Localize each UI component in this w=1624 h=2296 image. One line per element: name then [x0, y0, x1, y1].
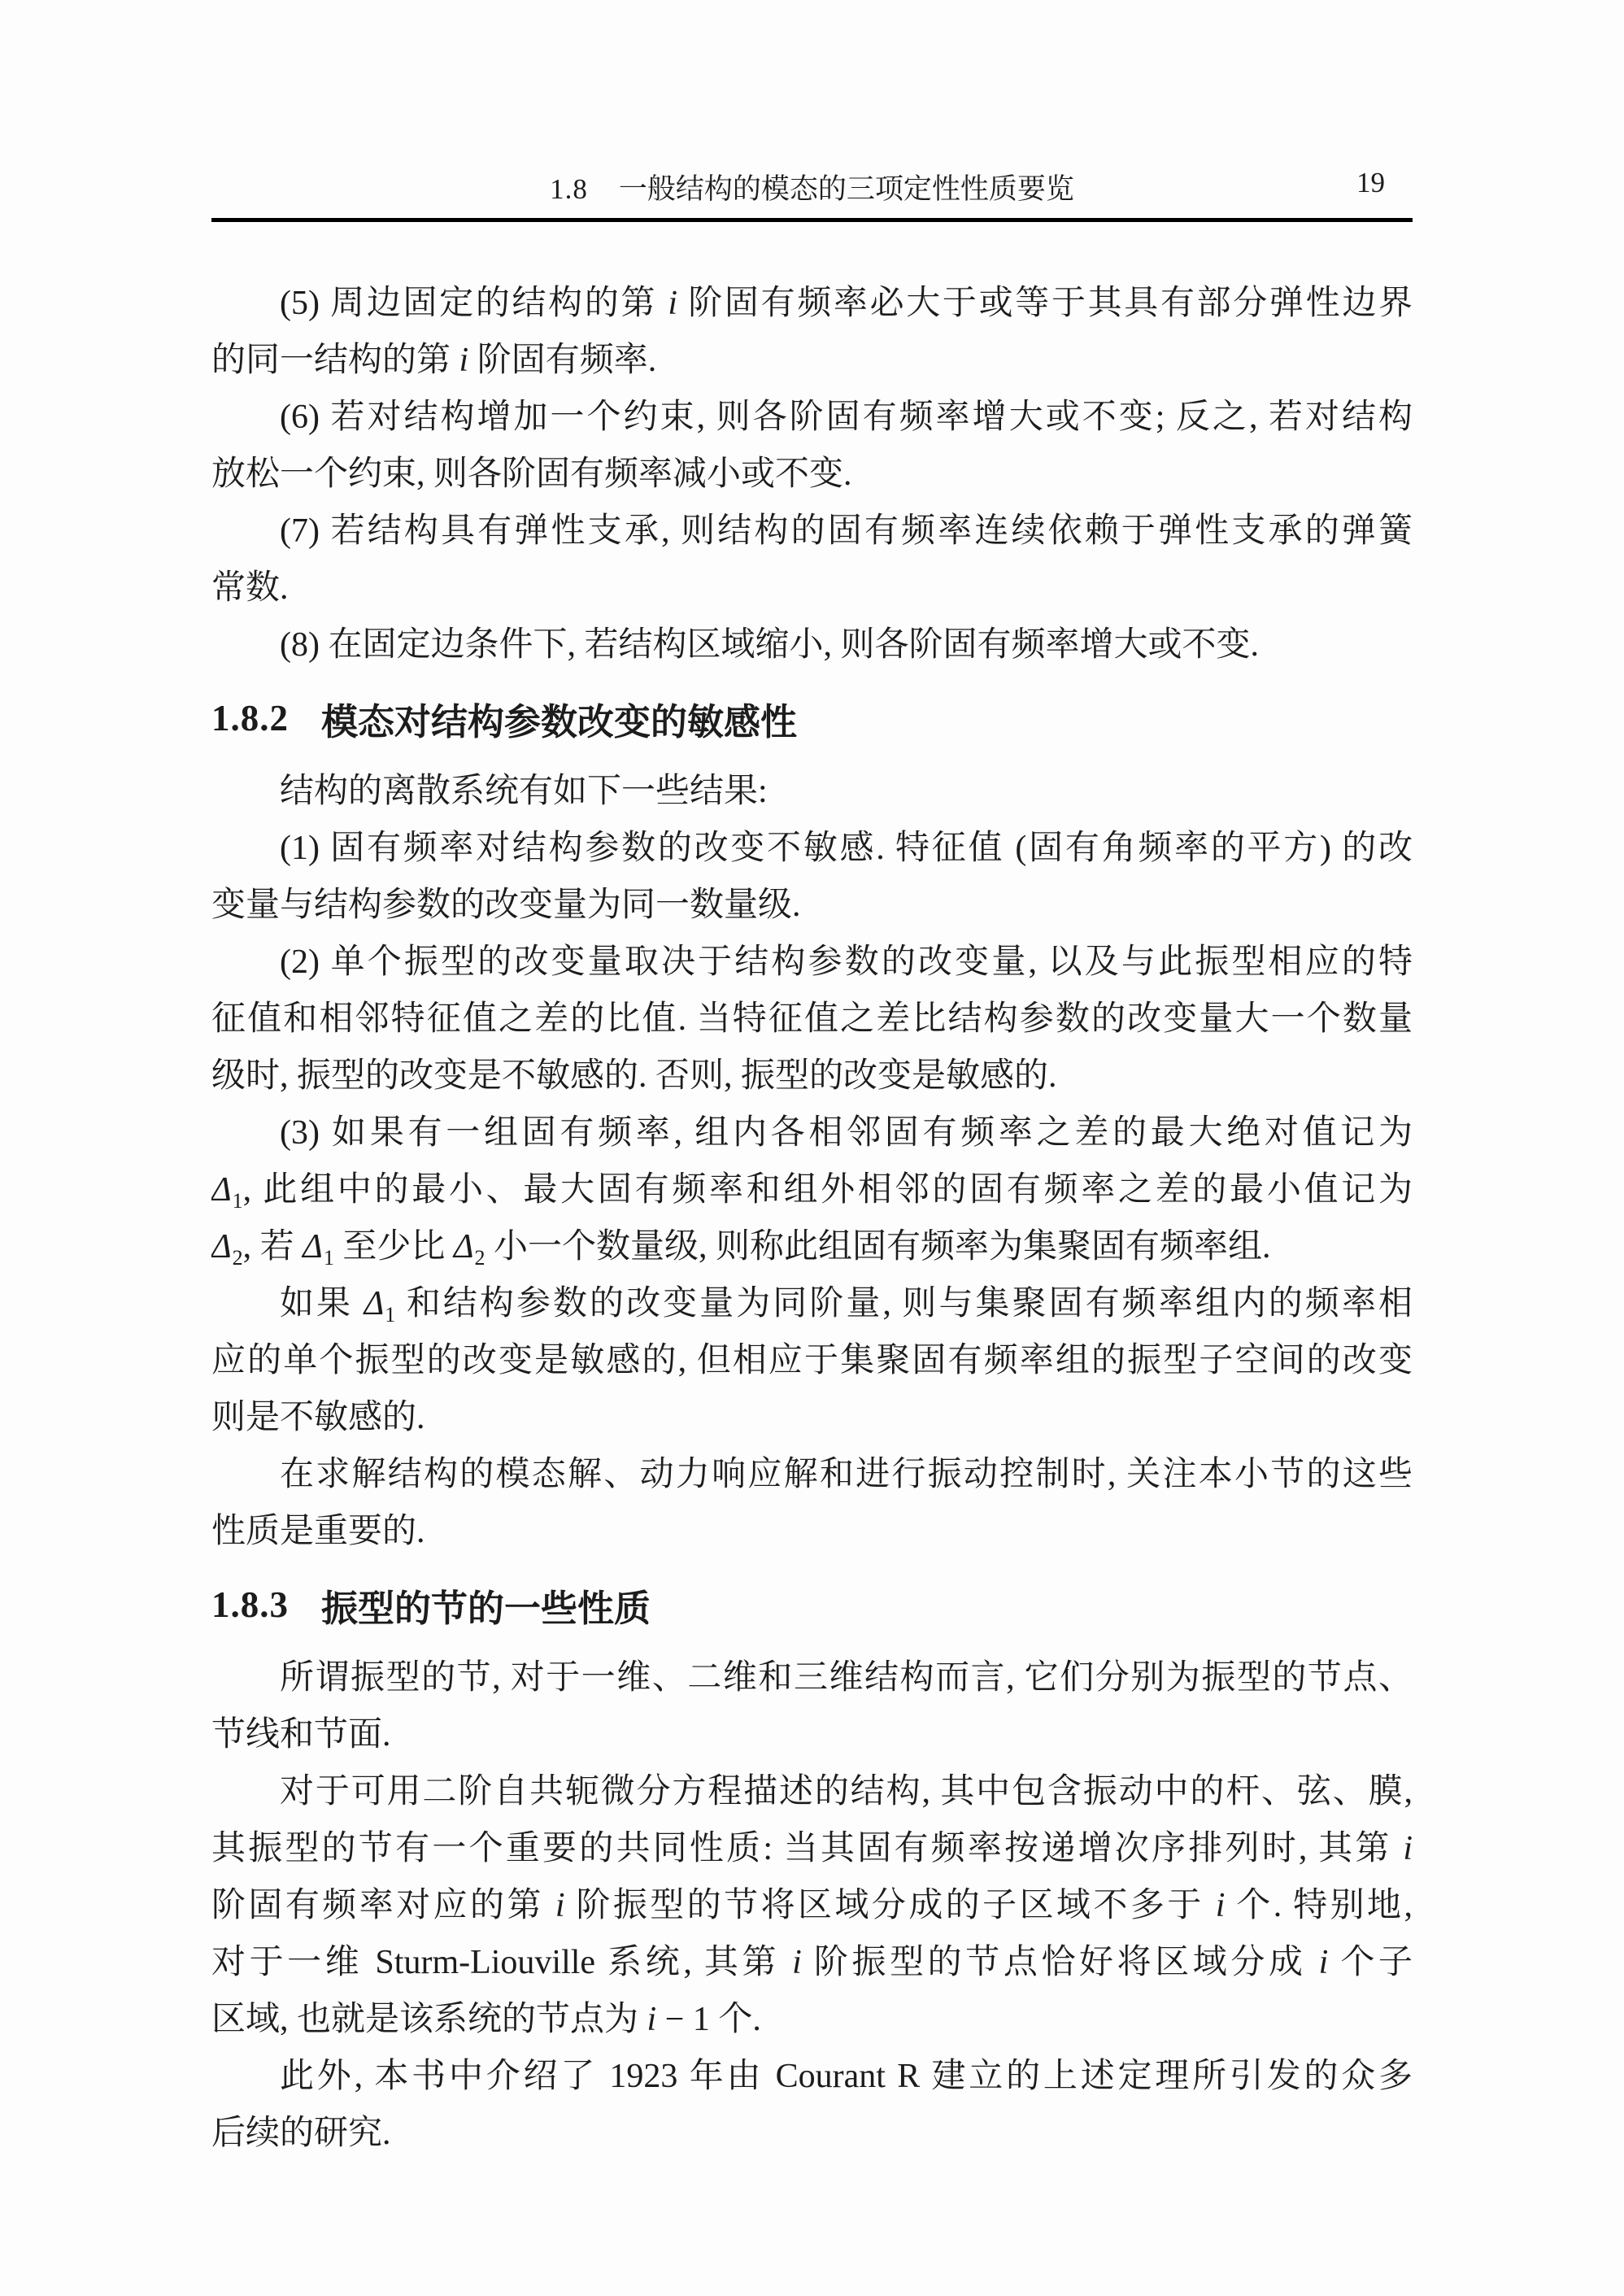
paragraph: 如果 Δ1 和结构参数的改变量为同阶量, 则与集聚固有频率组内的频率相应的单个振… [211, 1275, 1413, 1446]
math-italic: Δ [303, 1228, 323, 1266]
text-segment: 的同一结构的第 [211, 342, 459, 379]
text-segment: 级时, 振型的改变是不敏感的. 否则, 振型的改变是敏感的. [211, 1057, 1057, 1095]
text-line: 在求解结构的模态解、动力响应解和进行振动控制时, 关注本小节的这些 [211, 1446, 1413, 1503]
text-segment: 区域, 也就是该系统的节点为 [211, 2001, 647, 2038]
text-segment: 变量与结构参数的改变量为同一数量级. [211, 887, 801, 924]
text-line: 所谓振型的节, 对于一维、二维和三维结构而言, 它们分别为振型的节点、 [211, 1649, 1413, 1706]
section-heading: 1.8.2模态对结构参数改变的敏感性 [211, 673, 1413, 763]
math-italic: i [555, 1887, 565, 1924]
text-segment: 对于一维 Sturm-Liouville 系统, 其第 [211, 1944, 792, 1981]
text-segment: 节线和节面. [211, 1716, 391, 1754]
text-segment: 征值和相邻特征值之差的比值. 当特征值之差比结构参数的改变量大一个数量 [211, 1000, 1413, 1038]
math-italic: Δ [211, 1171, 232, 1209]
running-head-title-text: 一般结构的模态的三项定性性质要览 [619, 173, 1074, 205]
text-segment: 结构的离散系统有如下一些结果: [280, 773, 768, 810]
text-segment: 对于可用二阶自共轭微分方程描述的结构, 其中包含振动中的杆、弦、膜, [280, 1773, 1413, 1810]
math-italic: Δ [211, 1228, 232, 1266]
text-segment: 阶振型的节将区域分成的子区域不多于 [565, 1887, 1216, 1924]
text-line: 的同一结构的第 i 阶固有频率. [211, 332, 1413, 389]
text-line: 阶固有频率对应的第 i 阶振型的节将区域分成的子区域不多于 i 个. 特别地, [211, 1877, 1413, 1934]
paragraph: 此外, 本书中介绍了 1923 年由 Courant R 建立的上述定理所引发的… [211, 2048, 1413, 2162]
subscript: 1 [324, 1246, 334, 1270]
text-segment: 阶振型的节点恰好将区域分成 [802, 1944, 1319, 1981]
paragraph: 对于可用二阶自共轭微分方程描述的结构, 其中包含振动中的杆、弦、膜,其振型的节有… [211, 1763, 1413, 2048]
text-line: 征值和相邻特征值之差的比值. 当特征值之差比结构参数的改变量大一个数量 [211, 991, 1413, 1048]
text-line: 此外, 本书中介绍了 1923 年由 Courant R 建立的上述定理所引发的… [211, 2048, 1413, 2105]
math-italic: i [459, 342, 469, 379]
math-italic: Δ [454, 1228, 474, 1266]
text-segment: 所谓振型的节, 对于一维、二维和三维结构而言, 它们分别为振型的节点、 [280, 1659, 1413, 1697]
text-line: 级时, 振型的改变是不敏感的. 否则, 振型的改变是敏感的. [211, 1048, 1413, 1104]
paragraph: (8) 在固定边条件下, 若结构区域缩小, 则各阶固有频率增大或不变. [211, 616, 1413, 673]
text-segment: , 此组中的最小、最大固有频率和组外相邻的固有频率之差的最小值记为 [243, 1171, 1413, 1209]
text-segment: 此外, 本书中介绍了 1923 年由 Courant R 建立的上述定理所引发的… [280, 2058, 1413, 2095]
text-segment: 和结构参数的改变量为同阶量, 则与集聚固有频率组内的频率相 [395, 1285, 1413, 1322]
text-line: (1) 固有频率对结构参数的改变不敏感. 特征值 (固有角频率的平方) 的改 [211, 820, 1413, 877]
section-heading-title: 模态对结构参数改变的敏感性 [321, 692, 797, 745]
text-line: (8) 在固定边条件下, 若结构区域缩小, 则各阶固有频率增大或不变. [211, 616, 1413, 673]
paragraph: (2) 单个振型的改变量取决于结构参数的改变量, 以及与此振型相应的特征值和相邻… [211, 934, 1413, 1104]
text-line: 性质是重要的. [211, 1503, 1413, 1560]
subscript: 2 [233, 1246, 243, 1270]
math-italic: i [1403, 1830, 1413, 1867]
section-heading-title: 振型的节的一些性质 [321, 1579, 651, 1632]
text-segment: 至少比 [334, 1228, 454, 1266]
text-segment: , 若 [243, 1228, 303, 1266]
paragraph: (3) 如果有一组固有频率, 组内各相邻固有频率之差的最大绝对值记为Δ1, 此组… [211, 1104, 1413, 1275]
text-segment: 则是不敏感的. [211, 1399, 425, 1436]
content-area: (5) 周边固定的结构的第 i 阶固有频率必大于或等于其具有部分弹性边界的同一结… [211, 275, 1413, 2162]
text-line: 结构的离散系统有如下一些结果: [211, 763, 1413, 820]
math-italic: i [1216, 1887, 1226, 1924]
text-line: 变量与结构参数的改变量为同一数量级. [211, 877, 1413, 934]
text-segment: 其振型的节有一个重要的共同性质: 当其固有频率按递增次序排列时, 其第 [211, 1830, 1403, 1867]
text-segment: − 1 个. [656, 2001, 761, 2038]
running-head-title: 1.8一般结构的模态的三项定性性质要览 [211, 167, 1413, 207]
text-segment: (5) 周边固定的结构的第 [280, 285, 668, 322]
text-segment: 后续的研究. [211, 2115, 391, 2152]
paragraph: 在求解结构的模态解、动力响应解和进行振动控制时, 关注本小节的这些性质是重要的. [211, 1446, 1413, 1560]
running-head-section-number: 1.8 [550, 173, 588, 205]
math-italic: Δ [364, 1285, 385, 1322]
text-line: 应的单个振型的改变是敏感的, 但相应于集聚固有频率组的振型子空间的改变 [211, 1332, 1413, 1389]
text-segment: 应的单个振型的改变是敏感的, 但相应于集聚固有频率组的振型子空间的改变 [211, 1342, 1413, 1379]
text-segment: (6) 若对结构增加一个约束, 则各阶固有频率增大或不变; 反之, 若对结构 [280, 399, 1413, 436]
subscript: 1 [385, 1303, 395, 1327]
text-segment: 阶固有频率必大于或等于其具有部分弹性边界 [677, 285, 1413, 322]
text-segment: 小一个数量级, 则称此组固有频率为集聚固有频率组. [485, 1228, 1271, 1266]
text-line: 对于一维 Sturm-Liouville 系统, 其第 i 阶振型的节点恰好将区… [211, 1934, 1413, 1991]
text-segment: 个子 [1328, 1944, 1413, 1981]
header-rule [211, 218, 1413, 222]
text-line: (7) 若结构具有弹性支承, 则结构的固有频率连续依赖于弹性支承的弹簧 [211, 503, 1413, 560]
paragraph: 结构的离散系统有如下一些结果: [211, 763, 1413, 820]
text-line: 放松一个约束, 则各阶固有频率减小或不变. [211, 446, 1413, 503]
running-head: 1.8一般结构的模态的三项定性性质要览 19 [211, 167, 1413, 207]
page-number: 19 [1356, 167, 1385, 199]
text-segment: 在求解结构的模态解、动力响应解和进行振动控制时, 关注本小节的这些 [280, 1456, 1413, 1493]
text-line: 后续的研究. [211, 2105, 1413, 2162]
paragraph: (6) 若对结构增加一个约束, 则各阶固有频率增大或不变; 反之, 若对结构放松… [211, 389, 1413, 503]
paragraph: (7) 若结构具有弹性支承, 则结构的固有频率连续依赖于弹性支承的弹簧常数. [211, 503, 1413, 616]
text-segment: 阶固有频率对应的第 [211, 1887, 555, 1924]
text-segment: (3) 如果有一组固有频率, 组内各相邻固有频率之差的最大绝对值记为 [280, 1114, 1413, 1152]
subscript: 2 [475, 1246, 485, 1270]
text-line: Δ2, 若 Δ1 至少比 Δ2 小一个数量级, 则称此组固有频率为集聚固有频率组… [211, 1218, 1413, 1275]
text-line: (5) 周边固定的结构的第 i 阶固有频率必大于或等于其具有部分弹性边界 [211, 275, 1413, 332]
subscript: 1 [233, 1189, 243, 1213]
section-heading-number: 1.8.3 [211, 1584, 289, 1626]
section-heading-number: 1.8.2 [211, 697, 289, 739]
text-line: 对于可用二阶自共轭微分方程描述的结构, 其中包含振动中的杆、弦、膜, [211, 1763, 1413, 1820]
text-segment: 性质是重要的. [211, 1513, 425, 1550]
text-line: (6) 若对结构增加一个约束, 则各阶固有频率增大或不变; 反之, 若对结构 [211, 389, 1413, 446]
text-segment: 常数. [211, 569, 289, 607]
text-segment: (7) 若结构具有弹性支承, 则结构的固有频率连续依赖于弹性支承的弹簧 [280, 512, 1413, 550]
math-italic: i [668, 285, 677, 322]
text-line: 则是不敏感的. [211, 1389, 1413, 1446]
text-line: (2) 单个振型的改变量取决于结构参数的改变量, 以及与此振型相应的特 [211, 934, 1413, 991]
math-italic: i [792, 1944, 802, 1981]
text-segment: 阶固有频率. [468, 342, 656, 379]
section-heading: 1.8.3振型的节的一些性质 [211, 1560, 1413, 1649]
text-segment: 放松一个约束, 则各阶固有频率减小或不变. [211, 455, 852, 493]
text-segment: 个. 特别地, [1225, 1887, 1413, 1924]
text-line: 常数. [211, 560, 1413, 616]
text-line: 其振型的节有一个重要的共同性质: 当其固有频率按递增次序排列时, 其第 i [211, 1820, 1413, 1877]
text-line: 区域, 也就是该系统的节点为 i − 1 个. [211, 1991, 1413, 2048]
text-line: 节线和节面. [211, 1706, 1413, 1763]
paragraph: (5) 周边固定的结构的第 i 阶固有频率必大于或等于其具有部分弹性边界的同一结… [211, 275, 1413, 389]
text-line: Δ1, 此组中的最小、最大固有频率和组外相邻的固有频率之差的最小值记为 [211, 1161, 1413, 1218]
text-line: (3) 如果有一组固有频率, 组内各相邻固有频率之差的最大绝对值记为 [211, 1104, 1413, 1161]
math-italic: i [647, 2001, 657, 2038]
text-segment: (1) 固有频率对结构参数的改变不敏感. 特征值 (固有角频率的平方) 的改 [280, 830, 1413, 867]
text-segment: 如果 [280, 1285, 364, 1322]
book-page: 1.8一般结构的模态的三项定性性质要览 19 (5) 周边固定的结构的第 i 阶… [0, 0, 1624, 2296]
paragraph: (1) 固有频率对结构参数的改变不敏感. 特征值 (固有角频率的平方) 的改变量… [211, 820, 1413, 934]
text-segment: (2) 单个振型的改变量取决于结构参数的改变量, 以及与此振型相应的特 [280, 943, 1413, 981]
math-italic: i [1319, 1944, 1329, 1981]
text-segment: (8) 在固定边条件下, 若结构区域缩小, 则各阶固有频率增大或不变. [280, 626, 1259, 664]
text-line: 如果 Δ1 和结构参数的改变量为同阶量, 则与集聚固有频率组内的频率相 [211, 1275, 1413, 1332]
paragraph: 所谓振型的节, 对于一维、二维和三维结构而言, 它们分别为振型的节点、节线和节面… [211, 1649, 1413, 1763]
